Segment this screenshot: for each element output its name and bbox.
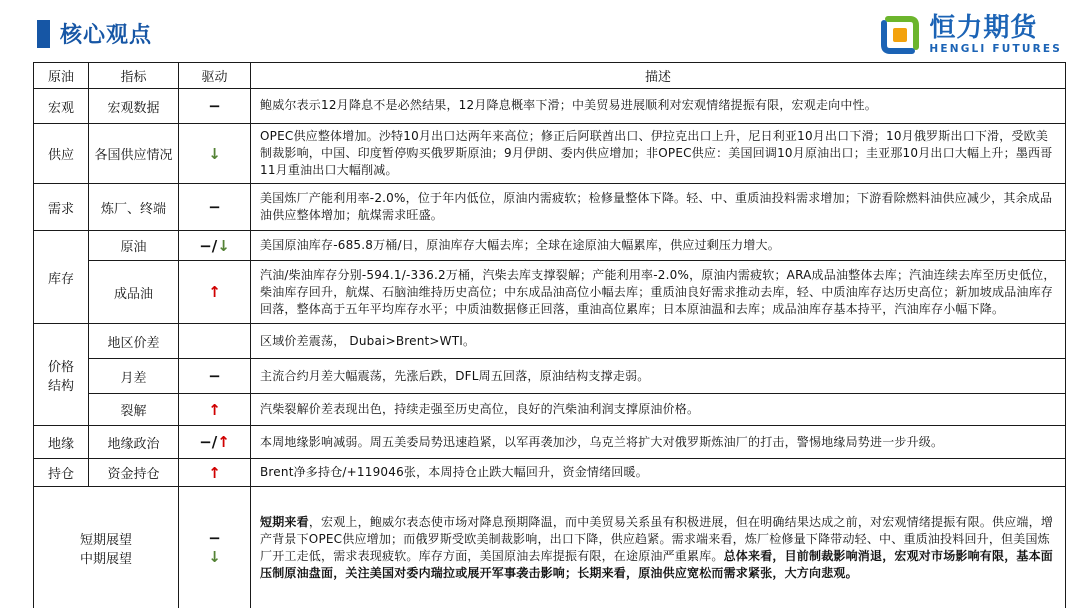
driver-cell bbox=[179, 324, 251, 359]
driver-cell: ↑ bbox=[179, 459, 251, 487]
company-logo: 恒力期货 HENGLI FUTURES bbox=[875, 12, 1066, 58]
description-text: OPEC供应整体增加。沙特10月出口达两年来高位；修正后阿联酋出口、伊拉克出口上… bbox=[260, 129, 1052, 177]
description-cell: 汽油/柴油库存分别-594.1/-336.2万桶，汽柴去库支撑裂解；产能利用率-… bbox=[251, 261, 1066, 324]
category-cell: 地缘 bbox=[34, 426, 89, 459]
driver-cell: −↓ bbox=[179, 487, 251, 608]
table-row: 持仓资金持仓↑Brent净多持仓/+119046张，本周持仓止跌大幅回升，资金情… bbox=[34, 459, 1066, 487]
logo-name-cn: 恒力期货 bbox=[929, 15, 1062, 42]
driver-cell: − bbox=[179, 359, 251, 394]
col-header-indicator: 指标 bbox=[89, 63, 179, 89]
description-text: 汽柴裂解价差表现出色，持续走强至历史高位，良好的汽柴油利润支撑原油价格。 bbox=[260, 402, 699, 416]
indicator-cell: 各国供应情况 bbox=[89, 124, 179, 184]
table-header-row: 原油 指标 驱动 描述 bbox=[34, 63, 1066, 89]
description-cell: 本周地缘影响减弱。周五美委局势迅速趋紧，以军再袭加沙，乌克兰将扩大对俄罗斯炼油厂… bbox=[251, 426, 1066, 459]
description-text: 美国炼厂产能利用率-2.0%，位于年内低位，原油内需疲软；检修量整体下降。轻、中… bbox=[260, 191, 1052, 222]
description-cell: 区域价差震荡， Dubai>Brent>WTI。 bbox=[251, 324, 1066, 359]
driver-cell: − bbox=[179, 184, 251, 231]
indicator-cell: 原油 bbox=[89, 231, 179, 261]
driver-symbol: −/ bbox=[199, 433, 217, 451]
driver-symbol: − bbox=[208, 367, 221, 385]
table-row: 月差−主流合约月差大幅震荡，先涨后跌，DFL周五回落，原油结构支撑走弱。 bbox=[34, 359, 1066, 394]
driver-symbol: − bbox=[181, 529, 248, 548]
driver-symbol: ↑ bbox=[208, 464, 221, 482]
description-cell: 美国原油库存-685.8万桶/日，原油库存大幅去库；全球在途原油大幅累库，供应过… bbox=[251, 231, 1066, 261]
table-row: 地缘地缘政治−/↑本周地缘影响减弱。周五美委局势迅速趋紧，以军再袭加沙，乌克兰将… bbox=[34, 426, 1066, 459]
table-row: 成品油↑汽油/柴油库存分别-594.1/-336.2万桶，汽柴去库支撑裂解；产能… bbox=[34, 261, 1066, 324]
description-cell: Brent净多持仓/+119046张，本周持仓止跌大幅回升，资金情绪回暖。 bbox=[251, 459, 1066, 487]
description-text: 区域价差震荡， Dubai>Brent>WTI。 bbox=[260, 334, 475, 348]
driver-symbol: ↑ bbox=[217, 433, 230, 451]
table-row: 短期展望 中期展望−↓短期来看，宏观上，鲍威尔表态使市场对降息预期降温，而中美贸… bbox=[34, 487, 1066, 608]
col-header-description: 描述 bbox=[251, 63, 1066, 89]
outlook-cell: 短期展望 中期展望 bbox=[34, 487, 179, 608]
description-text: 汽油/柴油库存分别-594.1/-336.2万桶，汽柴去库支撑裂解；产能利用率-… bbox=[260, 268, 1056, 316]
description-text: 鲍威尔表示12月降息不是必然结果，12月降息概率下滑；中美贸易进展顺利对宏观情绪… bbox=[260, 98, 877, 112]
driver-cell: − bbox=[179, 89, 251, 124]
logo-name-en: HENGLI FUTURES bbox=[929, 43, 1062, 55]
indicator-cell: 地缘政治 bbox=[89, 426, 179, 459]
indicator-cell: 资金持仓 bbox=[89, 459, 179, 487]
description-cell: OPEC供应整体增加。沙特10月出口达两年来高位；修正后阿联酋出口、伊拉克出口上… bbox=[251, 124, 1066, 184]
driver-symbol: − bbox=[208, 198, 221, 216]
category-cell: 价格 结构 bbox=[34, 324, 89, 426]
description-cell: 鲍威尔表示12月降息不是必然结果，12月降息概率下滑；中美贸易进展顺利对宏观情绪… bbox=[251, 89, 1066, 124]
driver-symbol: ↓ bbox=[208, 145, 221, 163]
driver-symbol: −/ bbox=[199, 237, 217, 255]
title-accent-bar bbox=[37, 20, 50, 48]
indicator-cell: 成品油 bbox=[89, 261, 179, 324]
indicator-cell: 地区价差 bbox=[89, 324, 179, 359]
table-row: 价格 结构地区价差区域价差震荡， Dubai>Brent>WTI。 bbox=[34, 324, 1066, 359]
table-row: 宏观宏观数据−鲍威尔表示12月降息不是必然结果，12月降息概率下滑；中美贸易进展… bbox=[34, 89, 1066, 124]
category-cell: 需求 bbox=[34, 184, 89, 231]
description-text: 本周地缘影响减弱。周五美委局势迅速趋紧，以军再袭加沙，乌克兰将扩大对俄罗斯炼油厂… bbox=[260, 435, 943, 449]
logo-text: 恒力期货 HENGLI FUTURES bbox=[929, 15, 1062, 55]
driver-cell: ↑ bbox=[179, 261, 251, 324]
table-row: 库存原油−/↓美国原油库存-685.8万桶/日，原油库存大幅去库；全球在途原油大… bbox=[34, 231, 1066, 261]
driver-cell: −/↓ bbox=[179, 231, 251, 261]
driver-cell: ↓ bbox=[179, 124, 251, 184]
driver-symbol: ↓ bbox=[217, 237, 230, 255]
driver-symbol: ↑ bbox=[208, 283, 221, 301]
driver-cell: ↑ bbox=[179, 394, 251, 426]
table-row: 需求炼厂、终端−美国炼厂产能利用率-2.0%，位于年内低位，原油内需疲软；检修量… bbox=[34, 184, 1066, 231]
driver-symbol: ↑ bbox=[208, 401, 221, 419]
indicator-cell: 宏观数据 bbox=[89, 89, 179, 124]
category-cell: 宏观 bbox=[34, 89, 89, 124]
description-text: 美国原油库存-685.8万桶/日，原油库存大幅去库；全球在途原油大幅累库，供应过… bbox=[260, 238, 780, 252]
description-cell: 主流合约月差大幅震荡，先涨后跌，DFL周五回落，原油结构支撑走弱。 bbox=[251, 359, 1066, 394]
description-text: 主流合约月差大幅震荡，先涨后跌，DFL周五回落，原油结构支撑走弱。 bbox=[260, 369, 649, 383]
hengli-logo-icon bbox=[879, 14, 921, 56]
category-cell: 库存 bbox=[34, 231, 89, 324]
indicator-cell: 月差 bbox=[89, 359, 179, 394]
description-cell: 汽柴裂解价差表现出色，持续走强至历史高位，良好的汽柴油利润支撑原油价格。 bbox=[251, 394, 1066, 426]
indicator-cell: 裂解 bbox=[89, 394, 179, 426]
table-row: 裂解↑汽柴裂解价差表现出色，持续走强至历史高位，良好的汽柴油利润支撑原油价格。 bbox=[34, 394, 1066, 426]
description-text: Brent净多持仓/+119046张，本周持仓止跌大幅回升，资金情绪回暖。 bbox=[260, 465, 648, 479]
category-cell: 持仓 bbox=[34, 459, 89, 487]
col-header-driver: 驱动 bbox=[179, 63, 251, 89]
col-header-crude: 原油 bbox=[34, 63, 89, 89]
driver-symbol: − bbox=[208, 97, 221, 115]
core-views-table: 原油 指标 驱动 描述 宏观宏观数据−鲍威尔表示12月降息不是必然结果，12月降… bbox=[33, 62, 1066, 608]
description-text: 短期来看 bbox=[260, 515, 309, 529]
description-cell: 美国炼厂产能利用率-2.0%，位于年内低位，原油内需疲软；检修量整体下降。轻、中… bbox=[251, 184, 1066, 231]
indicator-cell: 炼厂、终端 bbox=[89, 184, 179, 231]
driver-symbol: ↓ bbox=[181, 548, 248, 567]
table-row: 供应各国供应情况↓OPEC供应整体增加。沙特10月出口达两年来高位；修正后阿联酋… bbox=[34, 124, 1066, 184]
category-cell: 供应 bbox=[34, 124, 89, 184]
page-title: 核心观点 bbox=[60, 18, 152, 49]
driver-cell: −/↑ bbox=[179, 426, 251, 459]
section-title-block: 核心观点 bbox=[37, 18, 152, 49]
description-cell: 短期来看，宏观上，鲍威尔表态使市场对降息预期降温，而中美贸易关系虽有积极进展，但… bbox=[251, 487, 1066, 608]
